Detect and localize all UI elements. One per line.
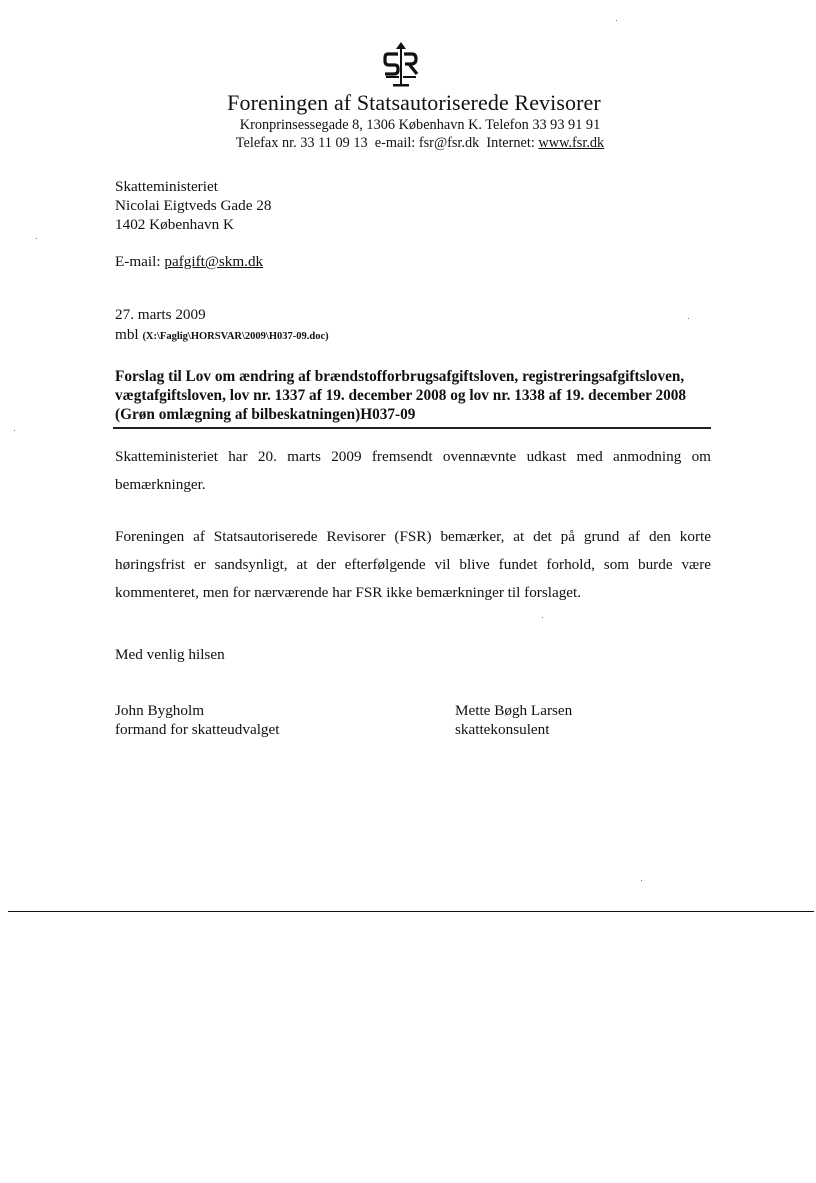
recipient-name: Skatteministeriet: [115, 177, 271, 196]
signatory-right: Mette Bøgh Larsen skattekonsulent: [455, 701, 572, 739]
subject-line: (Grøn omlægning af bilbeskatningen)H037-…: [115, 405, 711, 424]
scan-speck: [616, 20, 617, 21]
subject-underline: [113, 427, 711, 429]
signatory-name: John Bygholm: [115, 701, 279, 720]
footer-rule: [8, 911, 814, 912]
organization-name: Foreningen af Statsautoriserede Revisore…: [0, 90, 816, 116]
signatory-left: John Bygholm formand for skatteudvalget: [115, 701, 279, 739]
signatory-title: skattekonsulent: [455, 720, 572, 739]
scan-speck: [36, 238, 37, 239]
email-link[interactable]: pafgift@skm.dk: [164, 253, 263, 270]
website-link[interactable]: www.fsr.dk: [538, 135, 604, 151]
organization-contact: Telefax nr. 33 11 09 13 e-mail: fsr@fsr.…: [0, 135, 816, 152]
recipient-city: 1402 København K: [115, 215, 271, 234]
scan-speck: [14, 430, 15, 431]
scan-speck: [688, 318, 689, 319]
file-path: (X:\Faglig\HORSVAR\2009\H037-09.doc): [142, 331, 328, 342]
email-label: E-mail:: [115, 253, 164, 270]
recipient-street: Nicolai Eigtveds Gade 28: [115, 196, 271, 215]
subject-line: Forslag til Lov om ændring af brændstoff…: [115, 367, 711, 386]
fsr-logo-icon: [383, 42, 419, 88]
reference-line: mbl (X:\Faglig\HORSVAR\2009\H037-09.doc): [115, 325, 329, 346]
signatory-title: formand for skatteudvalget: [115, 720, 279, 739]
body-paragraph: Skatteministeriet har 20. marts 2009 fre…: [115, 443, 711, 499]
initials: mbl: [115, 326, 142, 343]
body-paragraph: Foreningen af Statsautoriserede Revisore…: [115, 523, 711, 607]
subject-heading: Forslag til Lov om ændring af brændstoff…: [115, 367, 711, 424]
closing-salutation: Med venlig hilsen: [115, 645, 225, 664]
scan-speck: [641, 880, 642, 881]
recipient-email: E-mail: pafgift@skm.dk: [115, 252, 263, 271]
recipient-address: Skatteministeriet Nicolai Eigtveds Gade …: [115, 177, 271, 234]
letter-date: 27. marts 2009: [115, 305, 206, 324]
organization-address: Kronprinsessegade 8, 1306 København K. T…: [0, 117, 816, 134]
contact-info: Telefax nr. 33 11 09 13 e-mail: fsr@fsr.…: [236, 135, 539, 151]
subject-line: vægtafgiftsloven, lov nr. 1337 af 19. de…: [115, 386, 711, 405]
signatory-name: Mette Bøgh Larsen: [455, 701, 572, 720]
scan-speck: [542, 617, 543, 618]
